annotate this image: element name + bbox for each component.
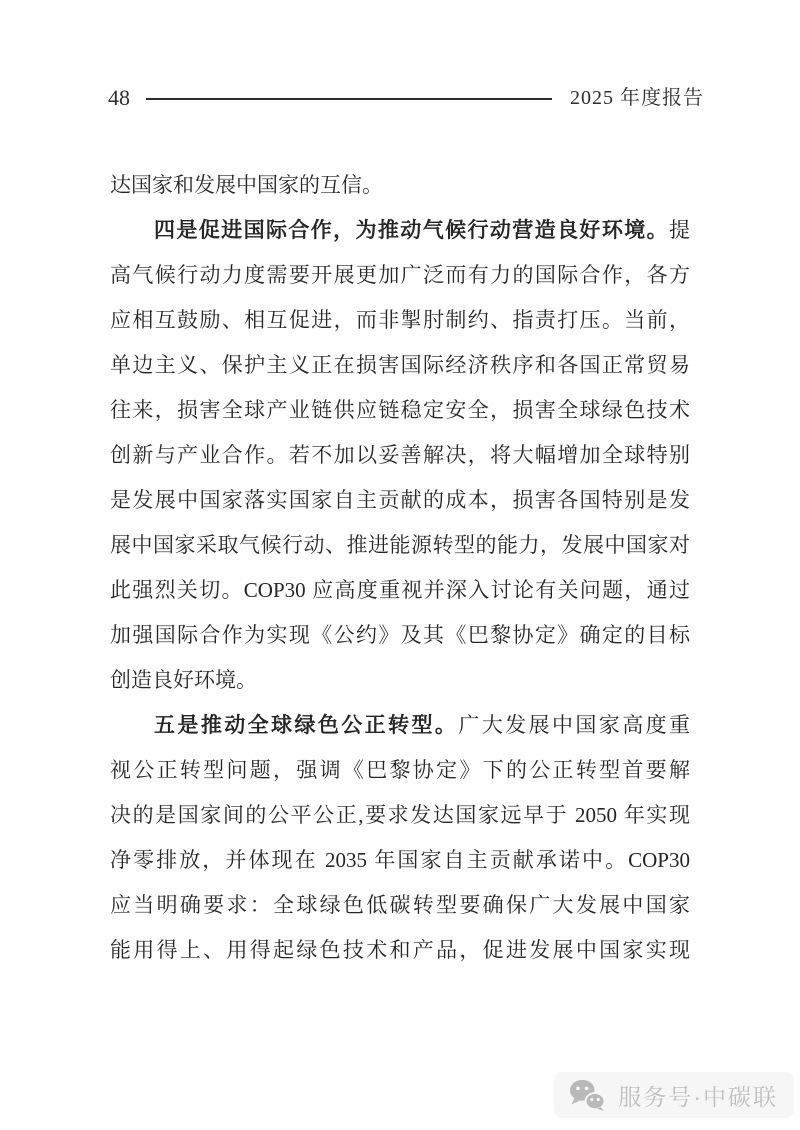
paragraph-text: 高气候行动力度需要开展更加广泛而有力的国际合作，各方 <box>110 263 690 287</box>
wechat-icon <box>568 1078 606 1112</box>
paragraph-lead-text: 四是促进国际合作，为推动气候行动营造良好环境。 <box>154 219 669 242</box>
body-content: 达国家和发展中国家的互信。四是促进国际合作，为推动气候行动营造良好环境。提高气候… <box>110 163 690 973</box>
body-text-line: 单边主义、保护主义正在损害国际经济秩序和各国正常贸易 <box>110 343 690 388</box>
wechat-badge: 服务号·中碳联 <box>554 1072 794 1118</box>
body-text-line: 展中国家采取气候行动、推进能源转型的能力，发展中国家对 <box>110 523 690 568</box>
paragraph-text: 此强烈关切。COP30 应高度重视并深入讨论有关问题，通过 <box>110 578 690 602</box>
paragraph-text: 创造良好环境。 <box>110 668 257 692</box>
paragraph-text: 创新与产业合作。若不加以妥善解决，将大幅增加全球特别 <box>110 443 690 467</box>
body-text-line: 创新与产业合作。若不加以妥善解决，将大幅增加全球特别 <box>110 433 690 478</box>
paragraph-text: 广大发展中国家高度重 <box>458 713 690 737</box>
body-text-line: 达国家和发展中国家的互信。 <box>110 163 690 208</box>
body-text-line: 视公正转型问题，强调《巴黎协定》下的公正转型首要解 <box>110 748 690 793</box>
paragraph-text: 达国家和发展中国家的互信。 <box>110 173 383 197</box>
body-text-line: 能用得上、用得起绿色技术和产品，促进发展中国家实现 <box>110 928 690 973</box>
paragraph-text: 展中国家采取气候行动、推进能源转型的能力，发展中国家对 <box>110 533 690 557</box>
body-text-line: 应当明确要求：全球绿色低碳转型要确保广大发展中国家 <box>110 883 690 928</box>
body-text-line: 往来，损害全球产业链供应链稳定安全，损害全球绿色技术 <box>110 388 690 433</box>
paragraph-text: 单边主义、保护主义正在损害国际经济秩序和各国正常贸易 <box>110 353 690 377</box>
report-title-label: 2025 年度报告 <box>570 84 704 112</box>
body-text-line: 高气候行动力度需要开展更加广泛而有力的国际合作，各方 <box>110 253 690 298</box>
body-text-line: 应相互鼓励、相互促进，而非掣肘制约、指责打压。当前， <box>110 298 690 343</box>
body-text-line: 五是推动全球绿色公正转型。广大发展中国家高度重 <box>110 703 690 748</box>
paragraph-text: 提 <box>669 218 690 242</box>
page-header: 48 2025 年度报告 <box>108 84 704 112</box>
paragraph-text: 是发展中国家落实国家自主贡献的成本，损害各国特别是发 <box>110 488 690 512</box>
wechat-badge-label: 服务号·中碳联 <box>618 1079 778 1112</box>
body-text-line: 净零排放，并体现在 2035 年国家自主贡献承诺中。COP30 <box>110 838 690 883</box>
paragraph-text: 视公正转型问题，强调《巴黎协定》下的公正转型首要解 <box>110 758 690 782</box>
body-text-line: 四是促进国际合作，为推动气候行动营造良好环境。提 <box>110 208 690 253</box>
paragraph-text: 应当明确要求：全球绿色低碳转型要确保广大发展中国家 <box>110 893 690 917</box>
paragraph-text: 决的是国家间的公平公正,要求发达国家远早于 2050 年实现 <box>110 803 690 827</box>
paragraph-text: 应相互鼓励、相互促进，而非掣肘制约、指责打压。当前， <box>110 308 690 332</box>
paragraph-text: 能用得上、用得起绿色技术和产品，促进发展中国家实现 <box>110 938 690 962</box>
paragraph-text: 净零排放，并体现在 2035 年国家自主贡献承诺中。COP30 <box>110 848 690 872</box>
body-text-line: 创造良好环境。 <box>110 658 690 703</box>
paragraph-text: 加强国际合作为实现《公约》及其《巴黎协定》确定的目标 <box>110 623 690 647</box>
paragraph-lead-text: 五是推动全球绿色公正转型。 <box>154 714 458 737</box>
body-text-line: 加强国际合作为实现《公约》及其《巴黎协定》确定的目标 <box>110 613 690 658</box>
report-page: 48 2025 年度报告 达国家和发展中国家的互信。四是促进国际合作，为推动气候… <box>0 0 800 1130</box>
body-text-line: 决的是国家间的公平公正,要求发达国家远早于 2050 年实现 <box>110 793 690 838</box>
header-rule <box>146 98 552 100</box>
paragraph-text: 往来，损害全球产业链供应链稳定安全，损害全球绿色技术 <box>110 398 690 422</box>
page-number: 48 <box>108 84 130 112</box>
body-text-line: 是发展中国家落实国家自主贡献的成本，损害各国特别是发 <box>110 478 690 523</box>
body-text-line: 此强烈关切。COP30 应高度重视并深入讨论有关问题，通过 <box>110 568 690 613</box>
